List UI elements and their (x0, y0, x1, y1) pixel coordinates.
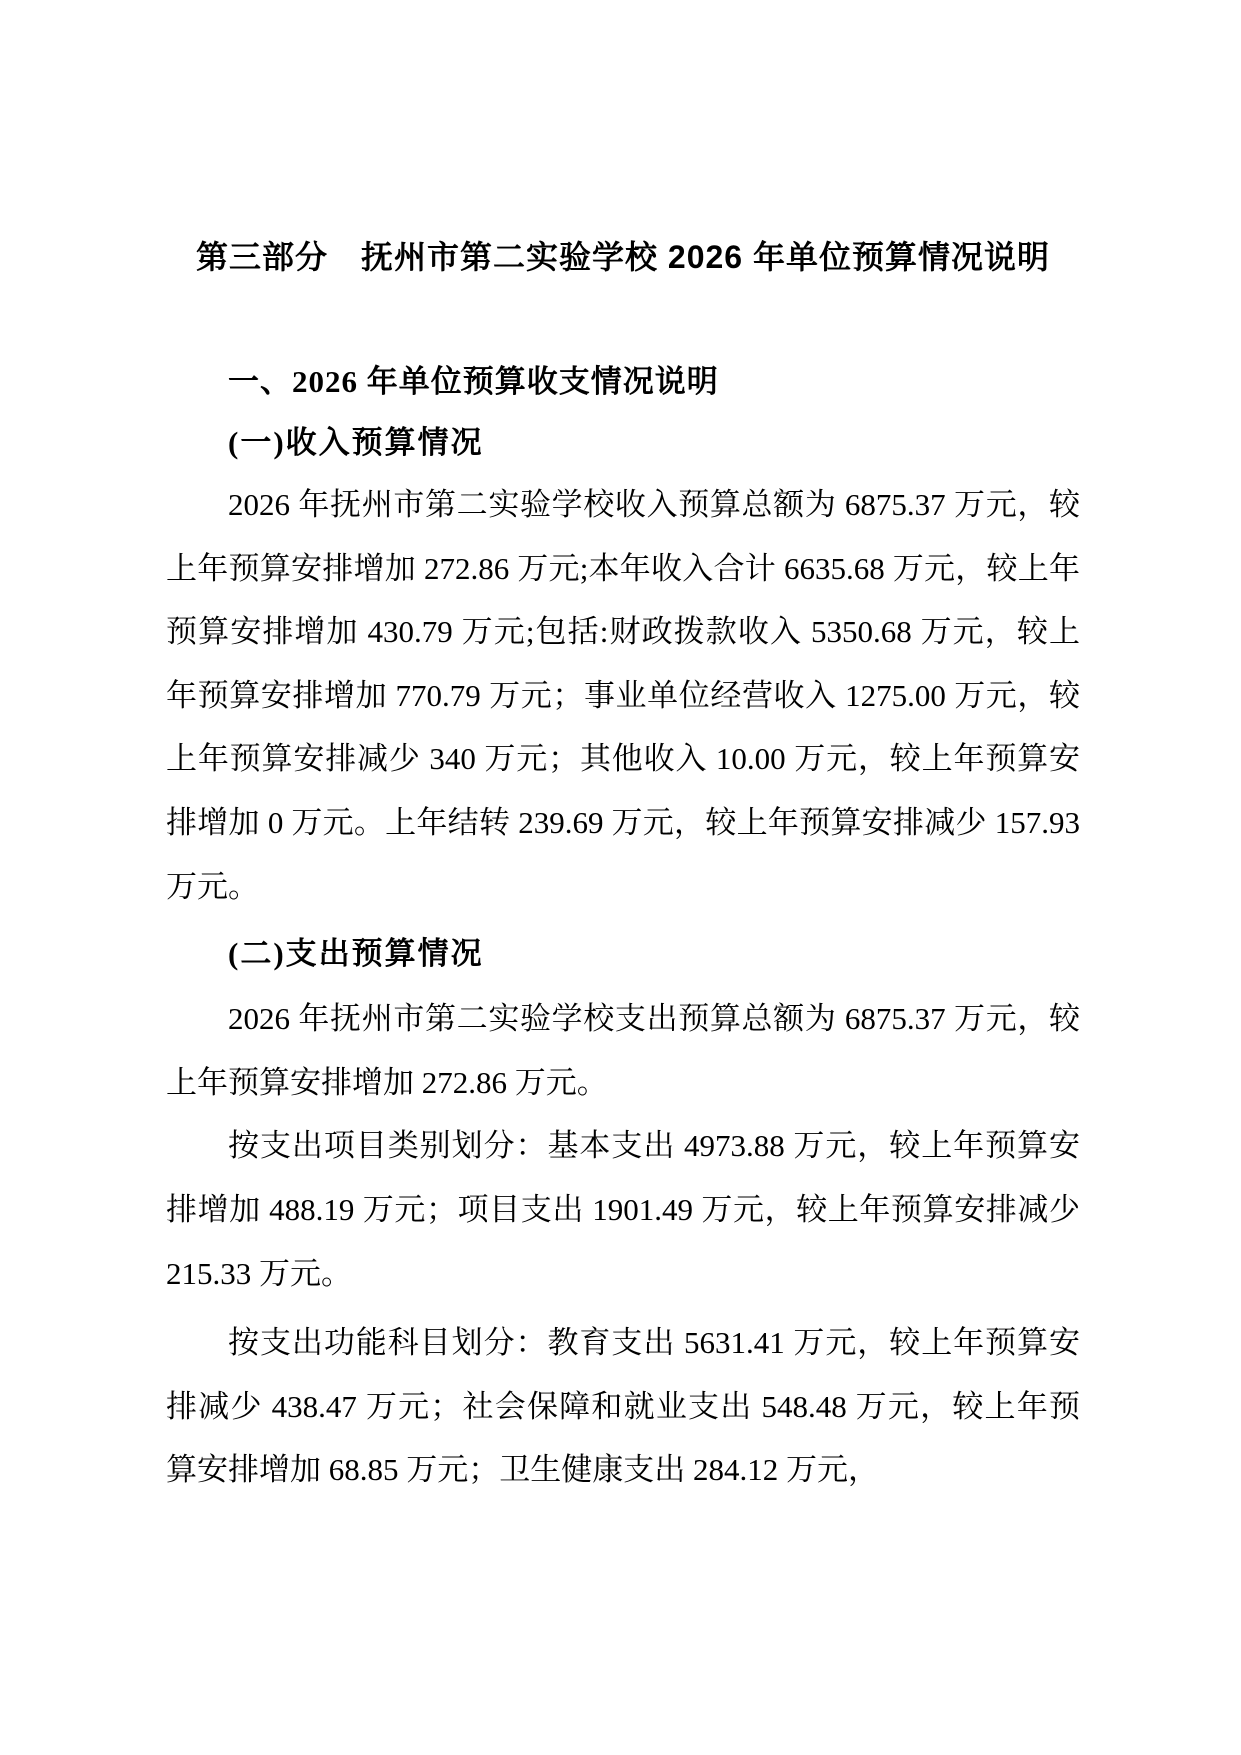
document-page: 第三部分 抚州市第二实验学校 2026 年单位预算情况说明 一、2026 年单位… (0, 0, 1241, 1755)
section-heading: 一、2026 年单位预算收支情况说明 (166, 360, 1080, 404)
expenditure-paragraph-by-category: 按支出项目类别划分：基本支出 4973.88 万元，较上年预算安排增加 488.… (166, 1114, 1080, 1305)
subsection-income-heading: (一)收入预算情况 (166, 421, 1080, 465)
document-title: 第三部分 抚州市第二实验学校 2026 年单位预算情况说明 (166, 238, 1080, 276)
subsection-expenditure-heading: (二)支出预算情况 (166, 932, 1080, 976)
expenditure-paragraph-total: 2026 年抚州市第二实验学校支出预算总额为 6875.37 万元，较上年预算安… (166, 987, 1080, 1114)
expenditure-paragraph-by-function: 按支出功能科目划分：教育支出 5631.41 万元，较上年预算安排减少 438.… (166, 1311, 1080, 1502)
income-paragraph: 2026 年抚州市第二实验学校收入预算总额为 6875.37 万元，较上年预算安… (166, 473, 1080, 918)
